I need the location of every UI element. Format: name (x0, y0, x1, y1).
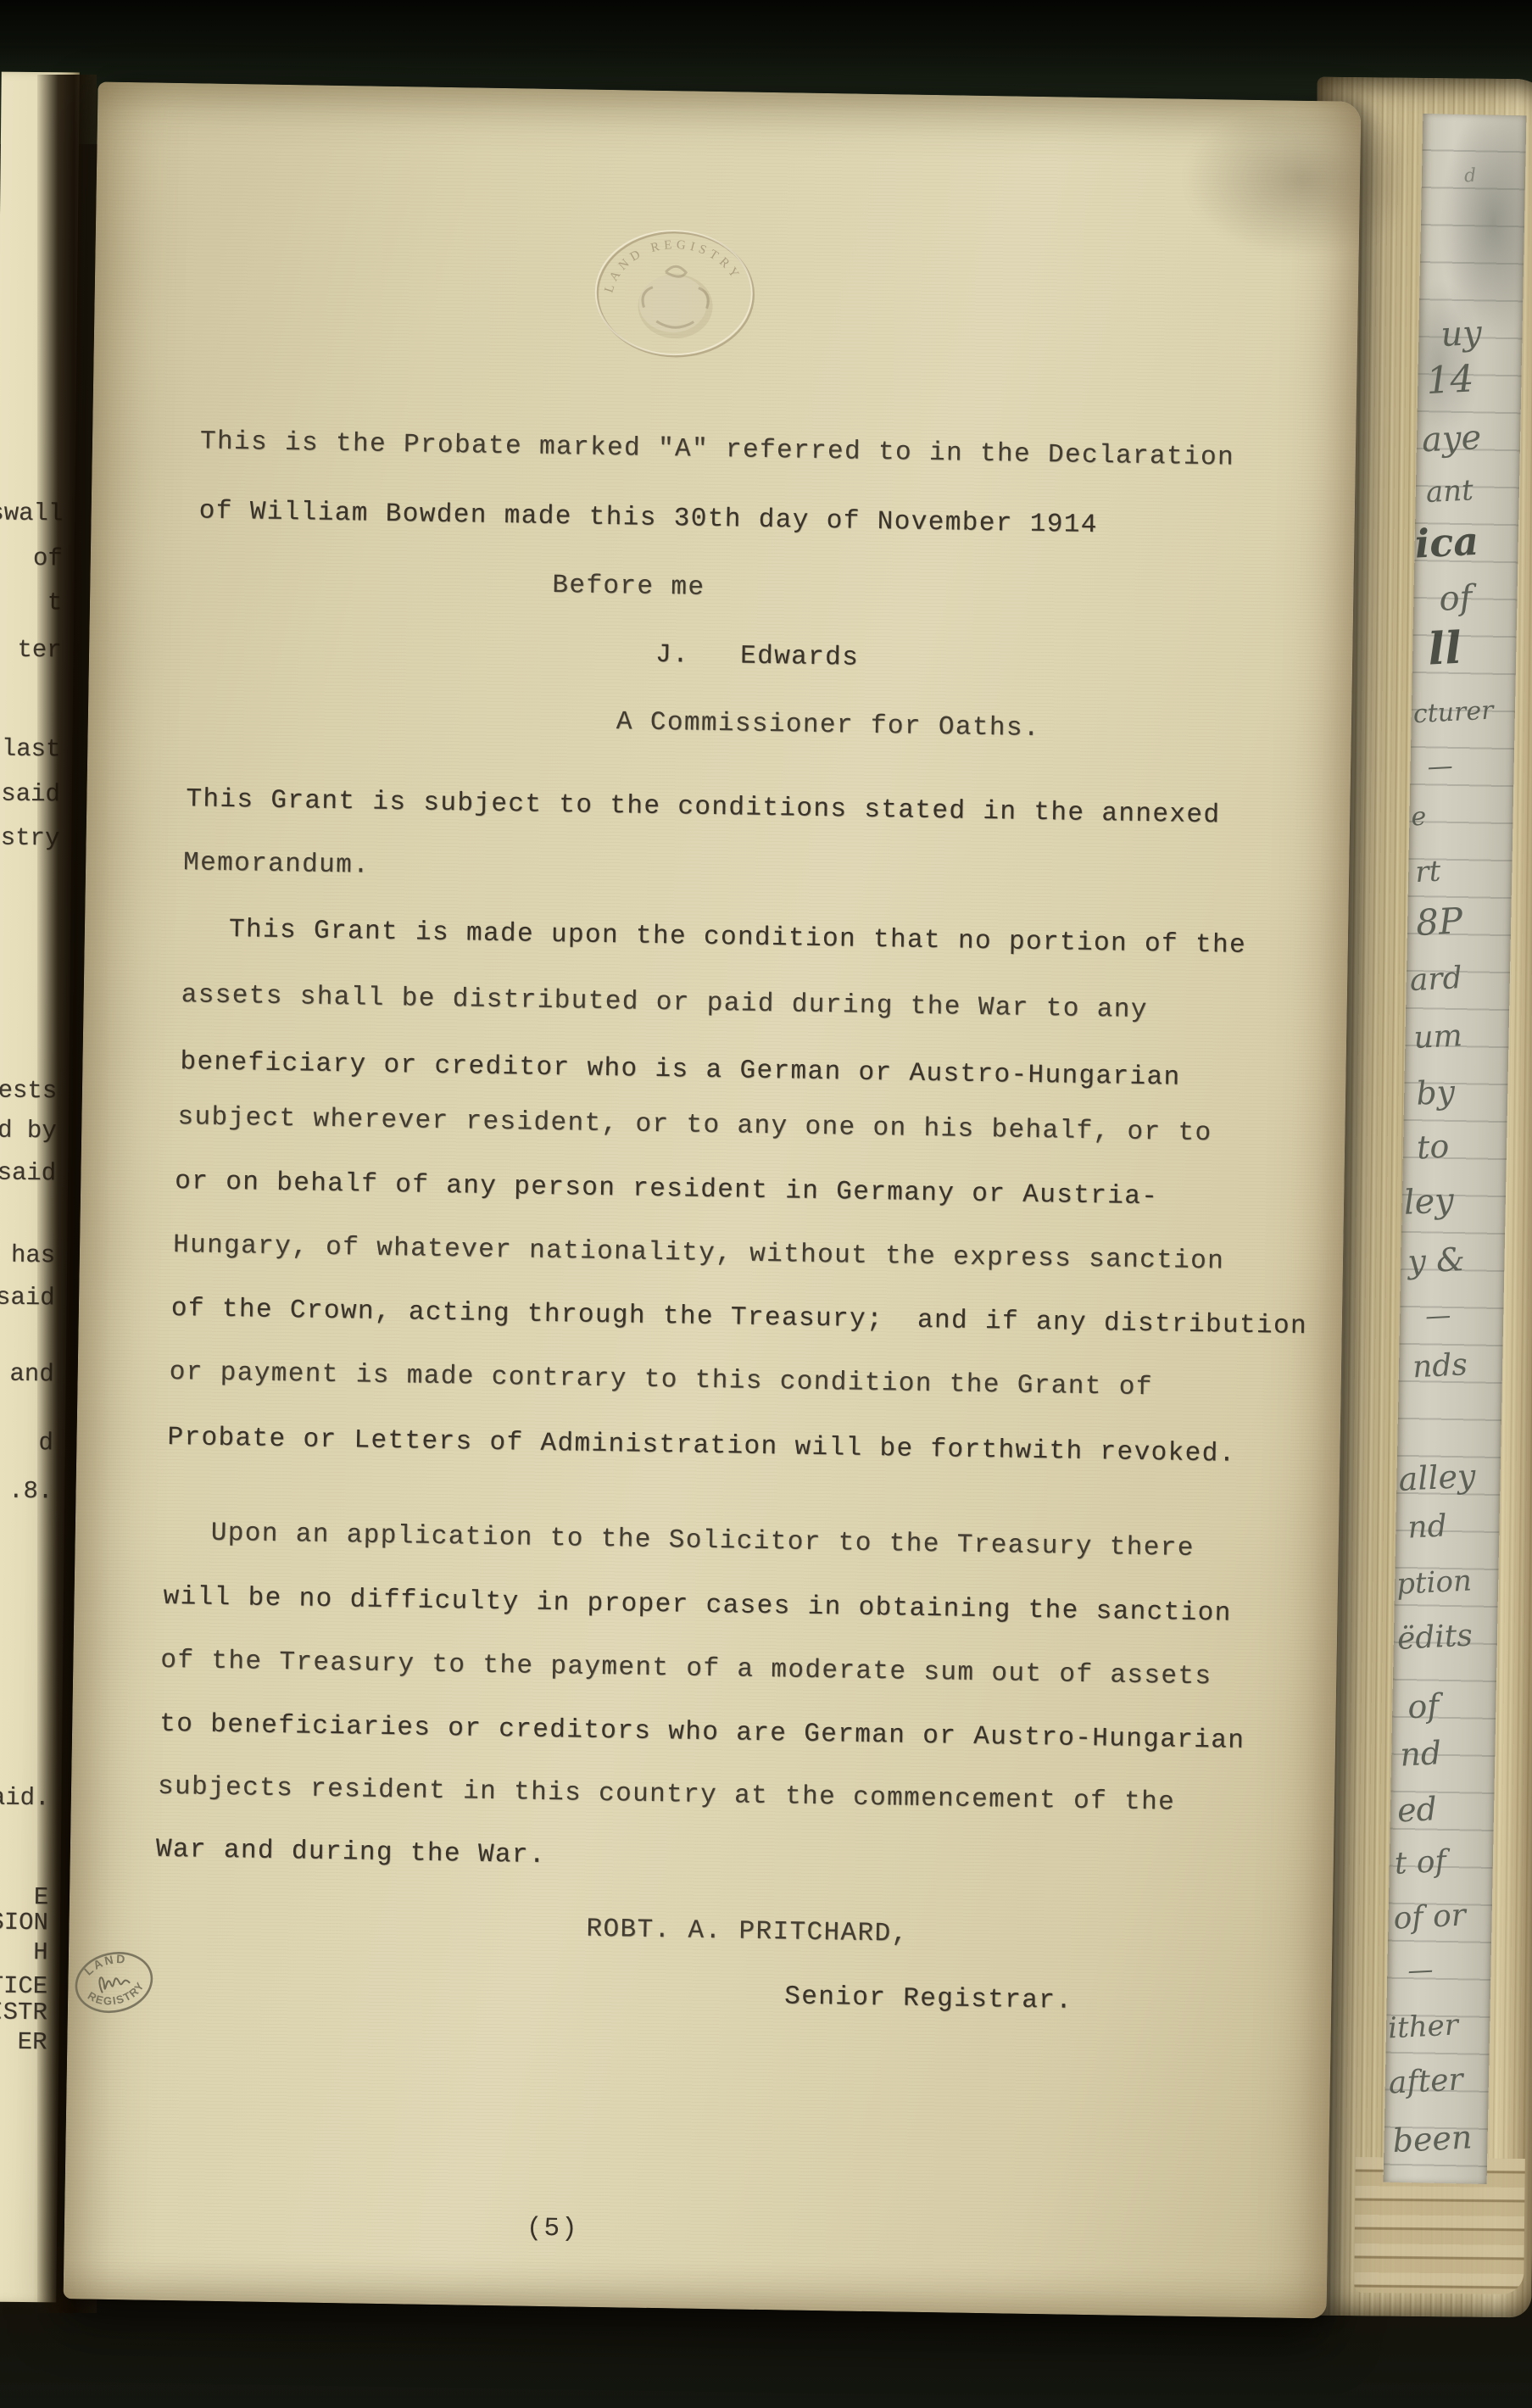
handwriting-fragment: of (1407, 1687, 1440, 1726)
typed-line: This is the Probate marked "A" referred … (200, 425, 1235, 475)
handwriting-fragment: um (1413, 1018, 1463, 1056)
handwriting-fragment: by (1415, 1073, 1456, 1112)
handwriting-fragment: ard (1409, 961, 1463, 998)
handwriting-fragment: e (1411, 802, 1428, 833)
corner-smudge (1181, 113, 1404, 260)
typed-line: Probate or Letters of Administration wil… (167, 1421, 1236, 1472)
handwriting-fragment: rt (1414, 855, 1441, 889)
typed-line: Hungary, of whatever nationality, withou… (173, 1229, 1225, 1279)
typed-line: Memorandum. (183, 846, 370, 883)
handwriting-fragment: ed (1396, 1790, 1438, 1829)
handwriting-fragment: ither (1387, 2008, 1459, 2045)
handwriting-fragment: after (1388, 2062, 1464, 2100)
handwriting-fragment: ica (1413, 518, 1479, 567)
handwriting-fragment: ption (1396, 1564, 1473, 1601)
typed-line: Before me (552, 569, 705, 605)
svg-text:LAND: LAND (80, 1948, 131, 1979)
handwriting-fragment: aye (1421, 418, 1482, 460)
typed-line: of the Treasury to the payment of a mode… (160, 1644, 1212, 1694)
handwriting-fragment: cturer (1412, 695, 1494, 729)
typed-line: of the Crown, acting through the Treasur… (171, 1292, 1308, 1344)
typed-line: This Grant is subject to the conditions … (186, 783, 1221, 833)
handwriting-fragment: to (1416, 1128, 1450, 1167)
handwriting-fragment: uy (1440, 314, 1483, 354)
handwriting-fragment: of (1438, 578, 1473, 619)
handwriting-fragment: ëdits (1396, 1618, 1474, 1656)
typed-line: Upon an application to the Solicitor to … (210, 1517, 1195, 1566)
handwriting-fragment: ll (1427, 622, 1463, 676)
typed-line: War and during the War. (156, 1833, 547, 1873)
signature-title-line: Senior Registrar. (784, 1980, 1073, 2018)
typed-line: beneficiary or creditor who is a German … (180, 1045, 1181, 1095)
typed-line: A Commissioner for Oaths. (616, 705, 1041, 746)
handwriting-fragment: nd (1407, 1508, 1447, 1545)
page-number: (5) (526, 2214, 579, 2244)
handwriting-fragment: nds (1412, 1347, 1468, 1385)
typed-line: of William Bowden made this 30th day of … (198, 494, 1098, 543)
handwriting-fragment: — (1427, 751, 1454, 782)
typed-line: subjects resident in this country at the… (158, 1770, 1176, 1820)
probate-document-page: LAND REGISTRY This is the Probate marked… (64, 81, 1362, 2318)
scanned-book-photo: d uy 14 aye ant ica of ll cturer — e rt … (0, 0, 1532, 2408)
typed-line: assets shall be distributed or paid duri… (181, 978, 1148, 1028)
handwriting-fragment: d (1463, 165, 1476, 187)
typed-line: subject wherever resident, or to any one… (177, 1101, 1212, 1151)
handwriting-fragment: 14 (1425, 357, 1475, 403)
handwriting-fragment: been (1392, 2118, 1474, 2160)
typed-line: will be no difficulty in proper cases in… (163, 1580, 1232, 1631)
handwriting-fragment: y & (1407, 1240, 1466, 1280)
typed-line: or on behalf of any person resident in G… (175, 1165, 1159, 1214)
handwriting-fragment: ley (1403, 1181, 1455, 1223)
typed-line: or payment is made contrary to this cond… (169, 1356, 1153, 1405)
handwriting-fragment: of or (1393, 1898, 1467, 1936)
signature-line: ROBT. A. PRITCHARD, (586, 1913, 909, 1952)
handwriting-fragment: nd (1399, 1734, 1442, 1773)
stamp-initials-squiggle (98, 1971, 131, 1993)
embossed-land-registry-seal: LAND REGISTRY (593, 227, 759, 363)
handwriting-fragment: — (1424, 1301, 1451, 1331)
handwriting-fragment: 8P (1415, 900, 1463, 944)
land-registry-ink-stamp: LAND REGISTRY (64, 1937, 164, 2027)
handwriting-fragment: — (1407, 1955, 1435, 1986)
typed-line: to beneficiaries or creditors who are Ge… (159, 1708, 1245, 1759)
handwriting-fragment: t of (1394, 1844, 1447, 1881)
typed-line: J. Edwards (655, 638, 860, 676)
handwriting-fragment: alley (1397, 1457, 1476, 1498)
stamp-arc-top: LAND (80, 1948, 131, 1979)
handwriting-fragment: ant (1425, 473, 1474, 510)
typed-line: This Grant is made upon the condition th… (229, 913, 1247, 963)
